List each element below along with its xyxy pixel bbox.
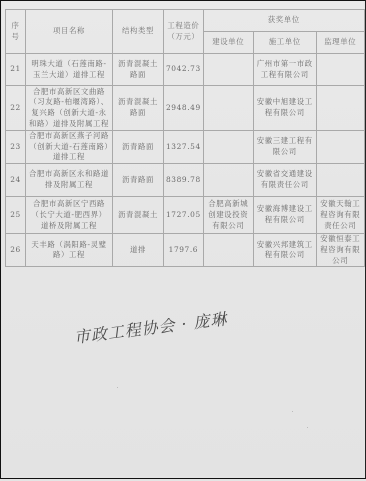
cell-cost: 7042.73 [164,54,204,86]
scan-speck [307,427,308,428]
scan-speck [117,387,118,388]
cell-cost: 1727.05 [164,197,204,234]
cell-supervisor [316,54,364,86]
table-row: 24 合肥市高新区永和路道排及附属工程 沥青路面 8389.78 安徽省交通建设… [6,164,365,197]
cell-structure-type: 沥青混凝土 [113,197,164,234]
cell-contractor: 广州市第一市政工程有限公司 [253,54,316,86]
scan-speck [292,411,293,412]
cell-project-name: 合肥市高新区宁西路（长宁大道-肥西界）道桥及附属工程 [26,197,113,234]
header-supervisor: 监理单位 [316,32,364,54]
cell-seq: 26 [6,234,26,267]
cell-contractor: 安徽兴邦建筑工程有限公司 [253,234,316,267]
header-cost: 工程造价（万元） [164,10,204,54]
cell-structure-type: 沥青路面 [113,131,164,164]
cell-cost: 1797.6 [164,234,204,267]
table-row: 21 明珠大道（石莲南路-玉兰大道）道排工程 沥青混凝土路面 7042.73 广… [6,54,365,86]
cell-structure-type: 道排 [113,234,164,267]
cell-construction-owner: 合肥高新城创建设投资有限公司 [203,197,253,234]
cell-seq: 21 [6,54,26,86]
table-row: 23 合肥市高新区燕子河路（创新大道-石莲南路）道排工程 沥青路面 1327.5… [6,131,365,164]
header-project-name: 项目名称 [26,10,113,54]
cell-project-name: 天丰路（涡阳路-灵璧路）工程 [26,234,113,267]
cell-construction-owner [203,54,253,86]
table-row: 26 天丰路（涡阳路-灵璧路）工程 道排 1797.6 安徽兴邦建筑工程有限公司… [6,234,365,267]
cell-construction-owner [203,234,253,267]
cell-cost: 2948.49 [164,86,204,131]
header-seq: 序号 [6,10,26,54]
cell-supervisor: 安徽恒泰工程咨询有限公司 [316,234,364,267]
cell-project-name: 合肥市高新区燕子河路（创新大道-石莲南路）道排工程 [26,131,113,164]
cell-seq: 25 [6,197,26,234]
cell-project-name: 合肥市高新区文曲路（习友路-柏堰湾路）、复兴路（创新大道-永和路）道排及附属工程 [26,86,113,131]
award-projects-table: 序号 项目名称 结构类型 工程造价（万元） 获奖单位 建设单位 施工单位 监理单… [5,9,365,267]
cell-structure-type: 沥青混凝土路面 [113,54,164,86]
cell-contractor: 安徽海博建设工程有限公司 [253,197,316,234]
cell-structure-type: 沥青混凝土路面 [113,86,164,131]
cell-project-name: 明珠大道（石莲南路-玉兰大道）道排工程 [26,54,113,86]
cell-seq: 23 [6,131,26,164]
cell-structure-type: 沥青路面 [113,164,164,197]
cell-supervisor [316,86,364,131]
header-structure-type: 结构类型 [113,10,164,54]
cell-project-name: 合肥市高新区永和路道排及附属工程 [26,164,113,197]
cell-contractor: 安徽三建工程有限公司 [253,131,316,164]
header-construction-owner: 建设单位 [203,32,253,54]
cell-construction-owner [203,86,253,131]
cell-contractor: 安徽省交通建设有限责任公司 [253,164,316,197]
cell-contractor: 安徽中旭建设工程有限公司 [253,86,316,131]
cell-supervisor [316,131,364,164]
table-row: 22 合肥市高新区文曲路（习友路-柏堰湾路）、复兴路（创新大道-永和路）道排及附… [6,86,365,131]
header-contractor: 施工单位 [253,32,316,54]
header-award-units: 获奖单位 [203,10,364,32]
cell-supervisor: 安徽天翰工程咨询有限责任公司 [316,197,364,234]
cell-seq: 22 [6,86,26,131]
cell-supervisor [316,164,364,197]
cell-cost: 1327.54 [164,131,204,164]
table-row: 25 合肥市高新区宁西路（长宁大道-肥西界）道桥及附属工程 沥青混凝土 1727… [6,197,365,234]
cell-seq: 24 [6,164,26,197]
cell-construction-owner [203,164,253,197]
cell-construction-owner [203,131,253,164]
cell-cost: 8389.78 [164,164,204,197]
